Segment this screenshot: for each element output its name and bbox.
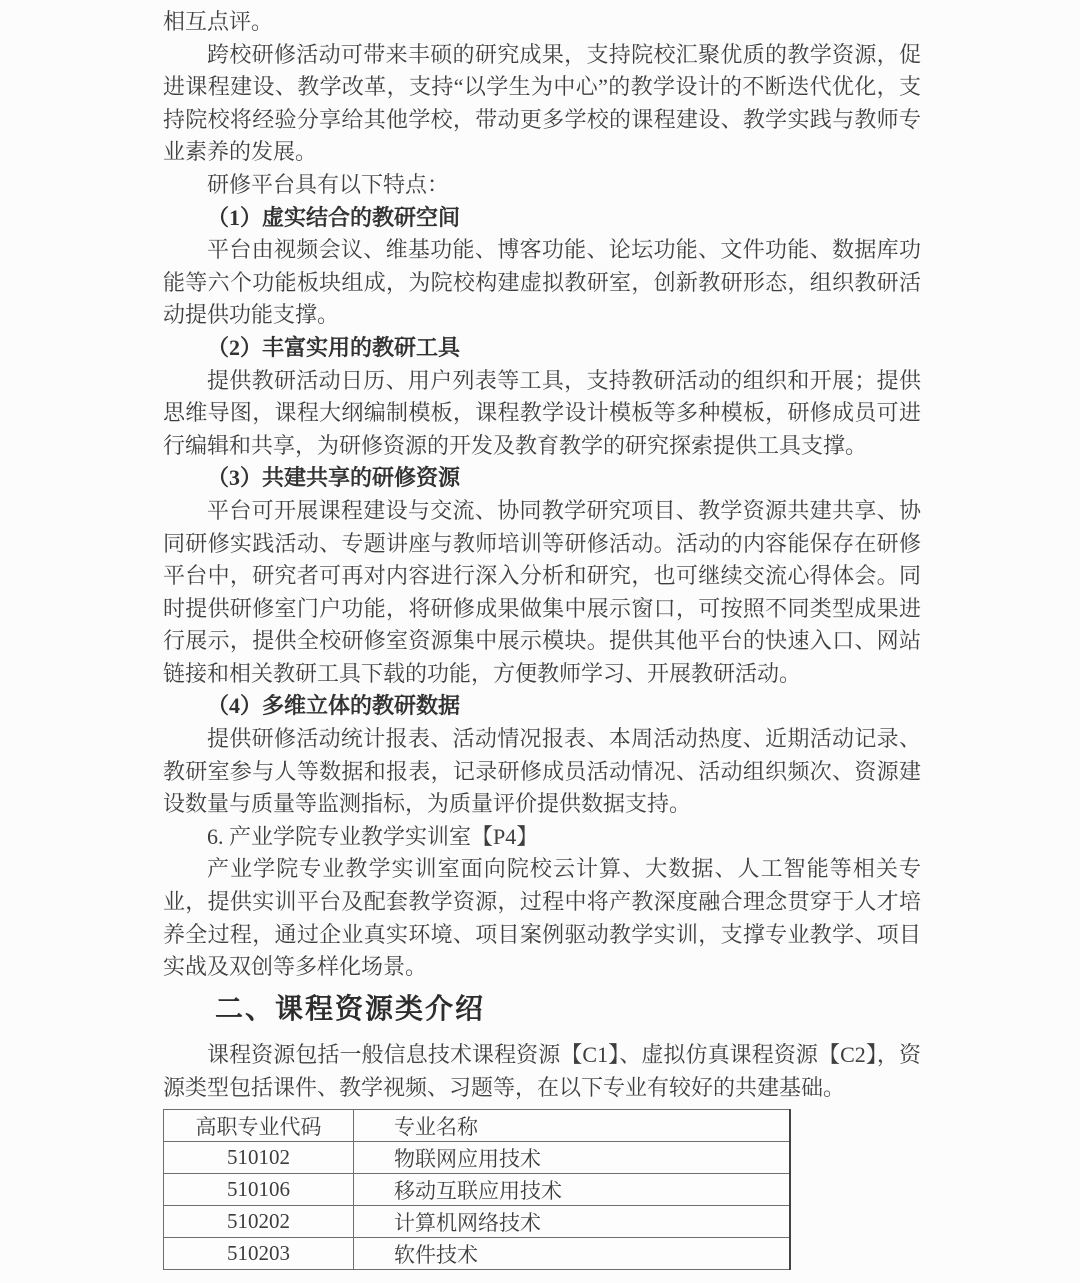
feature-2-title: （2）丰富实用的教研工具 [163,332,921,365]
feature-3-title: （3）共建共享的研修资源 [163,462,921,495]
section-2-heading: 二、课程资源类介绍 [163,990,921,1028]
feature-4-body: 提供研修活动统计报表、活动情况报表、本周活动热度、近期活动记录、教研室参与人等数… [163,723,921,821]
major-code: 510106 [164,1174,354,1206]
item6-body: 产业学院专业教学实训室面向院校云计算、大数据、人工智能等相关专业，提供实训平台及… [163,853,921,983]
table-row: 510102 物联网应用技术 [164,1142,791,1174]
cross-school-paragraph: 跨校研修活动可带来丰硕的研究成果，支持院校汇聚优质的教学资源，促进课程建设、教学… [163,39,921,169]
document-body: 相互点评。 跨校研修活动可带来丰硕的研究成果，支持院校汇聚优质的教学资源，促进课… [163,6,921,984]
major-name: 物联网应用技术 [354,1142,791,1174]
majors-table: 高职专业代码 专业名称 510102 物联网应用技术 510106 移动互联应用… [163,1109,791,1270]
feature-4-title: （4）多维立体的教研数据 [163,690,921,723]
course-resources-section: 二、课程资源类介绍 课程资源包括一般信息技术课程资源【C1】、虚拟仿真课程资源【… [163,984,921,1270]
table-row: 510106 移动互联应用技术 [164,1174,791,1206]
carryover-line: 相互点评。 [163,6,921,39]
major-name: 移动互联应用技术 [354,1174,791,1206]
table-header-code: 高职专业代码 [164,1110,354,1142]
feature-3-body: 平台可开展课程建设与交流、协同教学研究项目、教学资源共建共享、协同研修实践活动、… [163,495,921,691]
feature-1-body: 平台由视频会议、维基功能、博客功能、论坛功能、文件功能、数据库功能等六个功能板块… [163,234,921,332]
major-code: 510102 [164,1142,354,1174]
section-2-intro: 课程资源包括一般信息技术课程资源【C1】、虚拟仿真课程资源【C2】，资源类型包括… [163,1039,921,1104]
feature-1-title: （1）虚实结合的教研空间 [163,202,921,235]
table-row: 510202 计算机网络技术 [164,1206,791,1238]
document-page: 相互点评。 跨校研修活动可带来丰硕的研究成果，支持院校汇聚优质的教学资源，促进课… [0,0,1080,1283]
major-name: 软件技术 [354,1238,791,1270]
item6-title: 6. 产业学院专业教学实训室【P4】 [163,821,921,854]
table-header-name: 专业名称 [354,1110,791,1142]
feature-2-body: 提供教研活动日历、用户列表等工具，支持教研活动的组织和开展；提供思维导图，课程大… [163,365,921,463]
table-row: 510203 软件技术 [164,1238,791,1270]
major-name: 计算机网络技术 [354,1206,791,1238]
features-intro: 研修平台具有以下特点： [163,169,921,202]
major-code: 510202 [164,1206,354,1238]
major-code: 510203 [164,1238,354,1270]
majors-table-header-row: 高职专业代码 专业名称 [164,1110,791,1142]
